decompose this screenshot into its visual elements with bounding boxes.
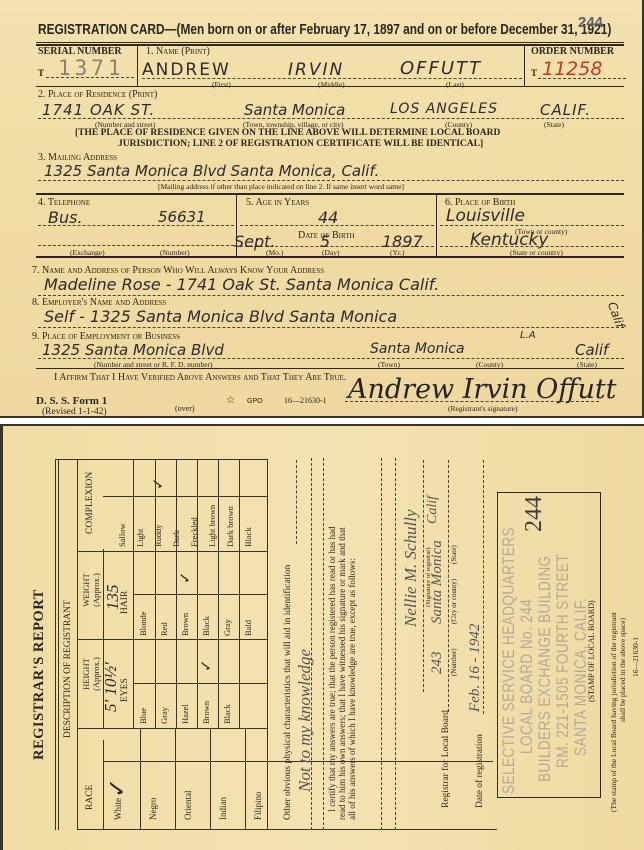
city-caption: (City or county) <box>450 579 458 624</box>
age-value: 44 <box>318 208 338 227</box>
residence-town-value: Santa Monica <box>244 101 345 119</box>
registrant-signature: Andrew Irvin Offutt <box>348 374 617 405</box>
middle-caption: (Middle) <box>318 80 345 89</box>
hair-header: HAIR <box>120 591 130 614</box>
star-icon: ☆ <box>226 395 235 406</box>
residence-state-value: CALIF. <box>540 101 591 119</box>
back-print-code: 16—21630-1 <box>631 637 640 677</box>
complexion-light: Light <box>135 529 145 547</box>
eyes-brown: Brown <box>201 701 211 724</box>
residence-county-value: LOS ANGELES <box>390 101 498 117</box>
height-header: HEIGHT (Approx.) <box>81 644 101 704</box>
contact-value: Madeline Rose - 1741 Oak St. Santa Monic… <box>44 275 439 294</box>
description-subtitle: DESCRIPTION OF REGISTRANT <box>63 600 73 738</box>
certify-line-2: read to him his own answers; that I have… <box>337 527 347 820</box>
residence-label: 2. Place of Residence (Print) <box>38 89 157 100</box>
stamp-line-3: BUILDERS EXCHANGE BUILDING <box>535 555 555 782</box>
birth-state-value: Kentucky <box>470 230 548 250</box>
name-first-value: ANDREW <box>142 60 231 80</box>
complexion-light-brown: Light brown <box>207 505 217 547</box>
complexion-black: Black <box>243 527 253 547</box>
first-caption: (First) <box>212 80 231 89</box>
eyes-header: EYES <box>120 678 130 702</box>
telephone-label: 4. Telephone <box>38 197 90 208</box>
residence-street-value: 1741 OAK ST. <box>42 101 155 119</box>
certify-line-1: I certify that my answers are true; that… <box>327 526 337 812</box>
stamp-line-4: RM. 221-1505 FOURTH STREET <box>553 554 573 768</box>
local-board-line <box>448 460 449 712</box>
other-characteristics-value: Not to my knowledge <box>295 649 315 792</box>
registrar-signature-line <box>423 460 424 692</box>
registrars-report-title: REGISTRAR'S REPORT <box>31 589 48 760</box>
order-number-label: ORDER NUMBER <box>531 46 614 57</box>
other-line-3 <box>323 458 324 830</box>
name-label: 1. Name (Print) <box>146 46 210 57</box>
eyes-black: Black <box>222 704 232 724</box>
stamp-note-1: (The stamp of the Local Board having jur… <box>609 612 618 812</box>
date-of-registration-value: Feb. 16 - 1942 <box>467 624 484 712</box>
hair-bald: Bald <box>243 620 253 636</box>
race-white: White <box>113 798 123 820</box>
date-line <box>483 460 484 714</box>
telephone-line-2 <box>38 232 234 246</box>
serial-number-value: 1371 <box>58 56 125 80</box>
last-caption: (Last) <box>446 80 464 89</box>
name-middle-value: IRVIN <box>288 60 344 80</box>
race-indian: Indian <box>218 797 228 820</box>
state-caption: (State) <box>544 120 564 129</box>
employment-state-value: Calif <box>575 341 608 359</box>
print-code: 16—21630-1 <box>284 396 327 405</box>
jurisdiction-notice-2: JURISDICTION; LINE 2 OF REGISTRATION CER… <box>118 139 483 149</box>
race-white-check-icon: ✓ <box>103 778 132 798</box>
certify-line-blank-1 <box>381 458 382 830</box>
over-note: (over) <box>175 404 195 413</box>
eyes-brown-check-icon: ✓ <box>197 659 216 672</box>
hair-black: Black <box>201 616 211 636</box>
complexion-ruddy-check-icon: ✓ <box>149 477 168 490</box>
stamp-caption: (STAMP OF LOCAL BOARD) <box>587 600 596 702</box>
registrars-report-panel: REGISTRAR'S REPORT DESCRIPTION OF REGIST… <box>3 426 644 850</box>
name-last-value: OFFUTT <box>400 58 482 79</box>
race-header: RACE <box>85 785 95 810</box>
local-board-number: 243 <box>429 652 446 675</box>
card-title: REGISTRATION CARD—(Men born on or after … <box>38 22 611 38</box>
local-board-label: Registrar for Local Board <box>441 710 451 808</box>
date-of-registration-label: Date of registration <box>475 734 485 808</box>
complexion-sallow: Sallow <box>117 523 127 547</box>
registration-card-front: REGISTRATION CARD—(Men born on or after … <box>0 0 644 418</box>
form-revised: (Revised 1-1-42) <box>42 407 107 417</box>
race-oriental: Oriental <box>183 791 193 821</box>
registration-card-back: REGISTRAR'S REPORT DESCRIPTION OF REGIST… <box>0 424 644 850</box>
stamp-note-2: shall be placed in the above space) <box>618 618 627 722</box>
stamp-line-2: LOCAL BOARD No. 244 <box>517 599 537 754</box>
hair-red: Red <box>159 622 169 636</box>
order-prefix: T <box>531 68 537 78</box>
telephone-exchange-value: Bus. <box>48 208 83 227</box>
registrar-signature: Nellie M. Schully <box>401 509 421 627</box>
hair-gray: Gray <box>222 619 232 636</box>
employer-value: Self - 1325 Santa Monica Blvd Santa Moni… <box>44 307 397 326</box>
jurisdiction-notice-1: [THE PLACE OF RESIDENCE GIVEN ON THE LIN… <box>75 128 500 138</box>
form-id: D. S. S. Form 1 <box>36 395 107 407</box>
affirmation-text: I Affirm That I Have Verified Above Answ… <box>54 372 346 383</box>
mailing-caption: [Mailing address if other than place ind… <box>158 182 404 191</box>
hair-blonde: Blonde <box>138 611 148 636</box>
other-line-1 <box>289 460 297 544</box>
complexion-header: COMPLEXION <box>85 472 95 534</box>
serial-prefix: T <box>38 68 44 78</box>
complexion-dark-brown: Dark brown <box>225 506 235 547</box>
local-board-city: Santa Monica <box>429 540 446 624</box>
other-characteristics-label: Other obvious physical characteristics t… <box>283 565 293 820</box>
certify-line-3: all of his answers of which I have knowl… <box>347 558 357 820</box>
order-number-value: 11258 <box>542 58 602 80</box>
signature-caption: (Registrant's signature) <box>448 404 517 413</box>
race-filipino: Filipino <box>253 791 263 820</box>
certify-line-blank-2 <box>395 458 396 830</box>
employment-county-value: L.A <box>520 330 536 341</box>
telephone-number-value: 56631 <box>158 208 206 226</box>
hair-brown-check-icon: ✓ <box>176 571 195 584</box>
employment-town-value: Santa Monica <box>370 341 465 357</box>
employment-street-value: 1325 Santa Monica Blvd <box>42 341 224 359</box>
corner-number-stamp: 244 <box>578 14 603 31</box>
mailing-value: 1325 Santa Monica Blvd Santa Monica, Cal… <box>44 162 379 180</box>
eyes-hazel: Hazel <box>180 704 190 724</box>
other-line-2 <box>311 458 312 830</box>
local-board-state: Calif <box>425 496 441 524</box>
age-label: 5. Age in Years <box>246 197 309 208</box>
birth-town-value: Louisville <box>446 206 525 226</box>
eyes-blue: Blue <box>138 708 148 724</box>
race-negro: Negro <box>148 798 158 821</box>
number-caption: (Number) <box>450 648 458 676</box>
stamp-line-1: SELECTIVE SERVICE HEADQUARTERS <box>499 527 519 794</box>
weight-header: WEIGHT (Approx.) <box>81 560 101 620</box>
eyes-gray: Gray <box>159 707 169 724</box>
state-caption-back: (State) <box>450 545 458 564</box>
hair-brown: Brown <box>180 613 190 636</box>
gpo-mark: GPO <box>247 398 263 405</box>
height-value: 5' 10½' <box>101 662 121 712</box>
